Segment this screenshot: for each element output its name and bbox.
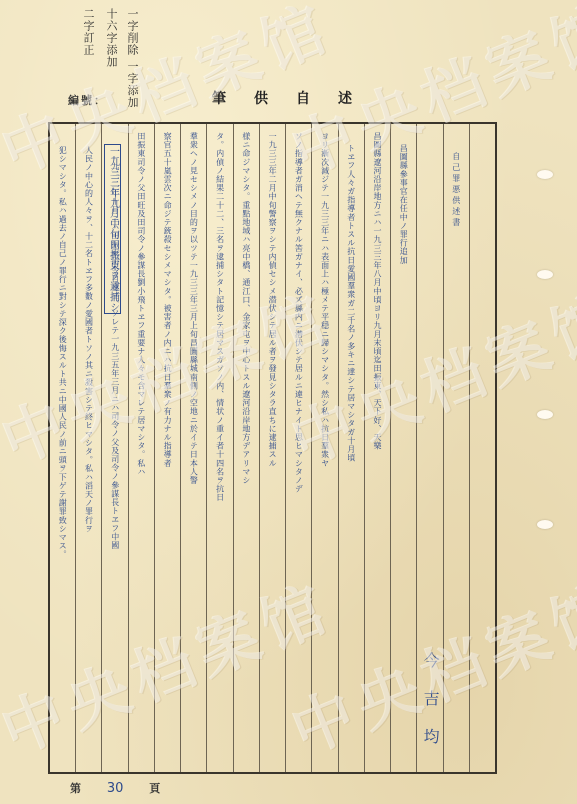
grid-column-blank: [469, 124, 495, 772]
page-suffix: 頁: [149, 782, 160, 795]
text-column: 様ニ命ジマシタ。重點地域ハ亮中橋、通江口、金家屯ヲ中心トスル遼河沿岸地方デアリマ…: [233, 124, 259, 772]
text-line: 人民ノ中心的人々ヲ、十二名トヱフ多數ノ愛國者トソノ其ニ殺害シテ終ヒマシタ。私ハ滔…: [84, 124, 93, 772]
text-column: 一九三三年二月中旬警察ヲシテ内偵セシメ潜伏シテ居ル者ヲ發見シタラ直ちに逮捕スル: [259, 124, 285, 772]
text-column: 察官五十嵐雲次ニ命ジテ銃殺セシメマシタ。被害者ノ内ニハ抗日羣衆ノ有力ナル指導者: [154, 124, 180, 772]
text-line: ソノ指導者ガ消ヘテ無クナル筈ガナイ、必ズ縣内ニ潜伏シテ居ルニ違ヒナイト思ヒマシタ…: [294, 124, 303, 772]
text-column: 犯シマシタ。私ハ過去ノ自己ノ罪行ニ對シテ深ク後悔スルト共ニ中國人民ノ前ニ頭ヲ下ゲ…: [50, 124, 75, 772]
punch-hole: [537, 520, 553, 529]
text-column: ヨリ漸次減ジテ一九三三年ニハ表面上ハ極メテ平穏ニ歸シマシタ。然シ私ハ抗日羣衆ヤ: [311, 124, 337, 772]
text-line: 羣衆ヘノ見セシメノ目的ヲ以ツテ一九三三年三月上旬昌圖縣城南側ノ空地ニ於イテ日本人…: [189, 124, 198, 772]
text-column: タ。内偵ノ結果二十二、三名ヲ逮捕シタト記憶シテ居マスガソノ内、情状ノ重イ者十四名…: [206, 124, 232, 772]
text-line: 犯シマシタ。私ハ過去ノ自己ノ罪行ニ對シテ深ク後悔スルト共ニ中國人民ノ前ニ頭ヲ下ゲ…: [58, 124, 67, 772]
text-column: ソノ指導者ガ消ヘテ無クナル筈ガナイ、必ズ縣内ニ潜伏シテ居ルニ違ヒナイト思ヒマシタ…: [285, 124, 311, 772]
text-line: 様ニ命ジマシタ。重點地域ハ亮中橋、通江口、金家屯ヲ中心トスル遼河沿岸地方デアリマ…: [242, 124, 251, 772]
form-header-title: 筆 供 自 述: [212, 88, 352, 108]
margin-annotation: 一字削除 一字添加: [124, 8, 140, 109]
margin-annotation: 二字訂正: [80, 8, 96, 56]
page-footer: 第 30 頁: [70, 780, 160, 796]
punch-hole: [537, 170, 553, 179]
author-name: 今吉均: [421, 644, 439, 766]
header-char: 述: [338, 88, 352, 108]
text-line: 昌圖縣參事官在任中ノ罪行追加: [399, 124, 408, 772]
text-column: 羣衆ヘノ見セシメノ目的ヲ以ツテ一九三三年三月上旬昌圖縣城南側ノ空地ニ於イテ日本人…: [180, 124, 206, 772]
text-column: トヱフ人々ガ指導者トスル抗日愛國羣衆ガ二千名ノ多キニ達シテ居マシタガ十月頃: [338, 124, 364, 772]
text-column: 昌圖縣遼河沿岸地方ニハ一九三三年八月中頃ヨリ九月末頃迄田振東、天下好、天樂: [364, 124, 390, 772]
punch-hole: [537, 270, 553, 279]
punch-hole: [537, 410, 553, 419]
text-column: 一九三二年十月ニハ田振東司令自身ヲ、ソレテ一九三五年三月ニハ司令ノ父及司令ノ參謀…: [101, 124, 127, 772]
text-line: 昌圖縣遼河沿岸地方ニハ一九三三年八月中頃ヨリ九月末頃迄田振東、天下好、天樂: [373, 124, 382, 772]
header-char: 供: [254, 88, 268, 108]
text-line: タ。内偵ノ結果二十二、三名ヲ逮捕シタト記憶シテ居マスガソノ内、情状ノ重イ者十四名…: [215, 124, 224, 772]
inserted-correction-note: 一九三三年九月中旬田振東ヲ逮捕シ: [104, 144, 121, 314]
document-title: 自己罪悪供述書: [452, 124, 461, 772]
margin-annotation: 十六字添加: [103, 8, 119, 68]
header-char: 自: [296, 88, 310, 108]
text-column: 昌圖縣參事官在任中ノ罪行追加: [390, 124, 416, 772]
text-column: 人民ノ中心的人々ヲ、十二名トヱフ多數ノ愛國者トソノ其ニ殺害シテ終ヒマシタ。私ハ滔…: [75, 124, 101, 772]
text-line: 一九三三年二月中旬警察ヲシテ内偵セシメ潜伏シテ居ル者ヲ發見シタラ直ちに逮捕スル: [268, 124, 277, 772]
text-line: ヨリ漸次減ジテ一九三三年ニハ表面上ハ極メテ平穏ニ歸シマシタ。然シ私ハ抗日羣衆ヤ: [320, 124, 329, 772]
page-prefix: 第: [70, 782, 81, 795]
header-char: 筆: [212, 88, 226, 108]
grid-column-title: 自己罪悪供述書: [443, 124, 469, 772]
page-number: 30: [107, 781, 124, 796]
manuscript-grid: 自己罪悪供述書 今吉均 昌圖縣參事官在任中ノ罪行追加 昌圖縣遼河沿岸地方ニハ一九…: [48, 122, 497, 774]
text-line: 田振東司令ノ父田旺及田司令ノ參謀長劉小飛トヱフ重要ナ人々モ含マレテ居マシタ。私ハ: [137, 124, 146, 772]
text-column: 田振東司令ノ父田旺及田司令ノ參謀長劉小飛トヱフ重要ナ人々モ含マレテ居マシタ。私ハ: [128, 124, 154, 772]
text-line: 察官五十嵐雲次ニ命ジテ銃殺セシメマシタ。被害者ノ内ニハ抗日羣衆ノ有力ナル指導者: [163, 124, 172, 772]
grid-column-author: 今吉均: [416, 124, 442, 772]
text-line: トヱフ人々ガ指導者トスル抗日愛國羣衆ガ二千名ノ多キニ達シテ居マシタガ十月頃: [347, 124, 356, 772]
edit-number-label: 編號：: [68, 92, 107, 108]
